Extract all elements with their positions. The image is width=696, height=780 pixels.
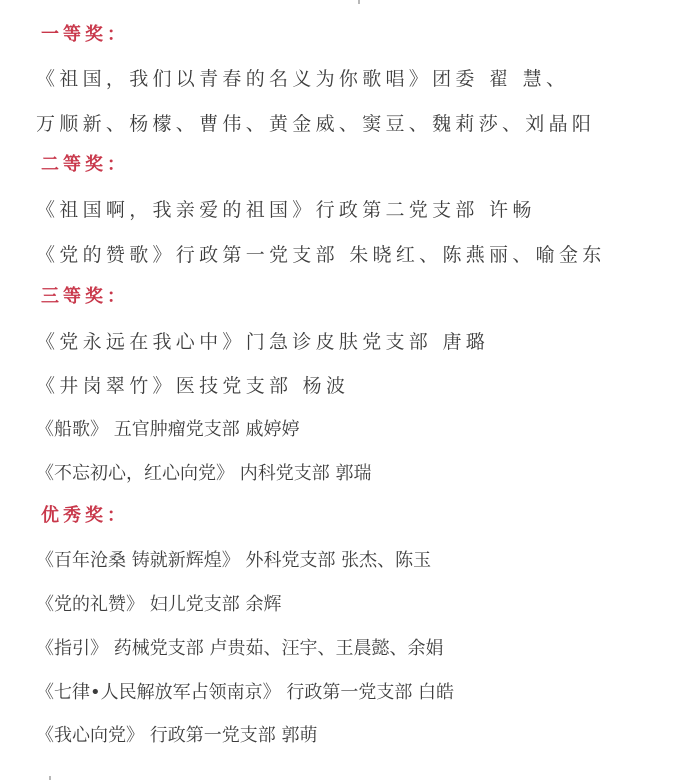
entry-excellence-1: 《百年沧桑 铸就新辉煌》 外科党支部 张杰、陈玉 (36, 549, 431, 573)
entry-excellence-3: 《指引》 药械党支部 卢贵茹、汪宇、王晨懿、余娟 (36, 637, 443, 661)
entry-second-prize-2: 《党的赞歌》行政第一党支部 朱晓红、陈燕丽、喻金东 (36, 243, 606, 267)
heading-excellence-award: 优秀奖： (41, 505, 129, 527)
entry-third-prize-4: 《不忘初心，红心向党》 内科党支部 郭瑞 (36, 462, 371, 486)
entry-excellence-5: 《我心向党》 行政第一党支部 郭萌 (36, 724, 317, 748)
heading-third-prize: 三等奖： (41, 286, 129, 308)
heading-first-prize: 一等奖： (41, 24, 129, 46)
entry-second-prize-1: 《祖国啊，我亲爱的祖国》行政第二党支部 许畅 (36, 198, 536, 222)
entry-excellence-2: 《党的礼赞》 妇儿党支部 余辉 (36, 593, 281, 617)
entry-third-prize-2: 《井岗翠竹》医技党支部 杨波 (36, 374, 349, 398)
entry-excellence-4: 《七律•人民解放军占领南京》 行政第一党支部 白皓 (36, 681, 454, 705)
award-list-document: 一等奖： 《祖国，我们以青春的名义为你歌唱》团委 翟 慧、 万顺新、杨檬、曹伟、… (0, 0, 696, 780)
bottom-edge-mark (49, 776, 51, 780)
entry-third-prize-3: 《船歌》 五官肿瘤党支部 戚婷婷 (36, 418, 299, 442)
heading-second-prize: 二等奖： (41, 154, 129, 176)
entry-first-prize-1: 《祖国，我们以青春的名义为你歌唱》团委 翟 慧、 (36, 67, 569, 91)
top-edge-mark (358, 0, 360, 4)
entry-third-prize-1: 《党永远在我心中》门急诊皮肤党支部 唐璐 (36, 330, 489, 354)
entry-first-prize-1-names: 万顺新、杨檬、曹伟、黄金威、窦豆、魏莉莎、刘晶阳 (36, 112, 595, 136)
